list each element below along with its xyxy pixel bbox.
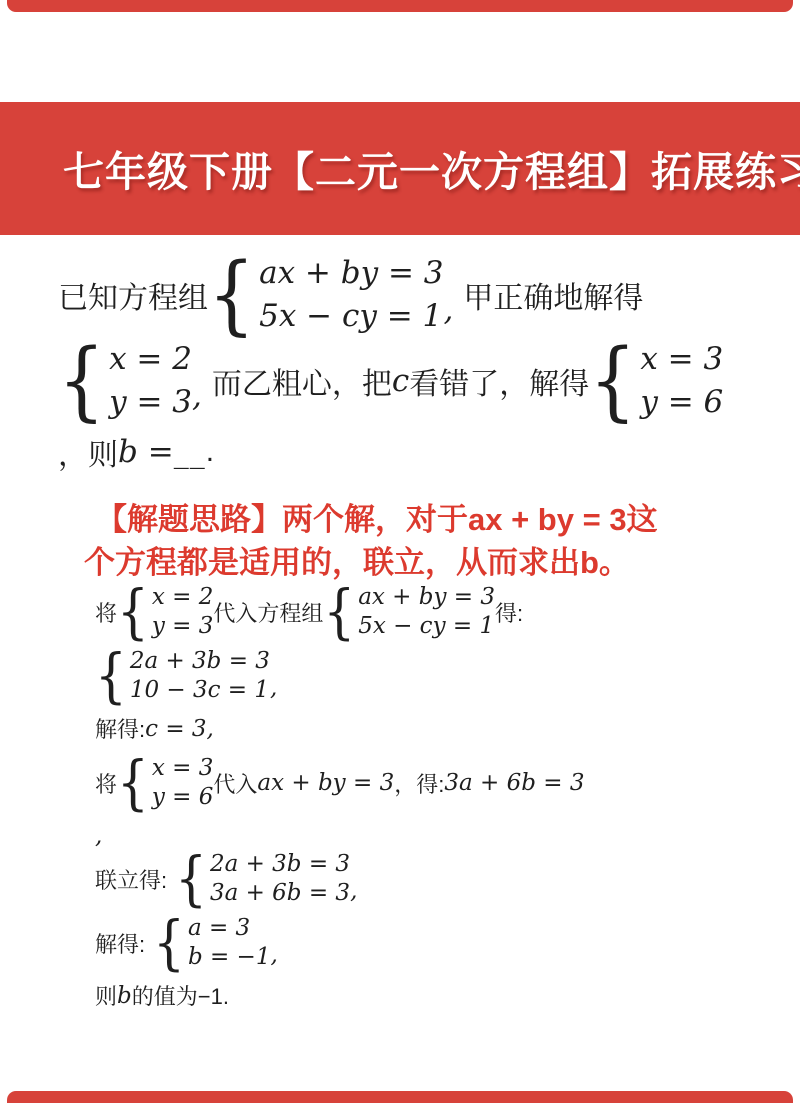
problem-intro-text: 已知方程组	[58, 273, 208, 317]
step4-system: { x = 3 y = 6	[117, 754, 213, 812]
step1-system-b: { ax + by = 3 5x − cy = 1	[323, 583, 495, 641]
step1-system-a: { x = 2 y = 3	[117, 583, 213, 641]
worked-solution: 将 { x = 2 y = 3 代入方程组 { ax + by = 3 5x −…	[95, 583, 755, 1011]
left-brace: {	[323, 583, 355, 642]
equation-line: y = 6	[640, 381, 723, 424]
equation-line: x = 2	[152, 583, 214, 612]
left-brace: {	[58, 338, 105, 424]
hint-line-1: 【解题思路】两个解，对于ax + by = 3这	[84, 498, 764, 541]
conclusion-pre: 则	[95, 980, 117, 1011]
step4-equation: ax + by = 3	[257, 770, 394, 796]
step1-mid: 代入方程组	[213, 597, 323, 628]
equation-line: y = 3	[109, 381, 192, 424]
left-brace: {	[589, 338, 636, 424]
conclusion-post: 的值为−1.	[132, 980, 229, 1011]
equation-line: x = 3	[640, 338, 723, 381]
step3-result: c = 3,	[145, 716, 214, 742]
equation-line: y = 3	[152, 612, 214, 641]
step7-system: { a = 3 b = −1	[153, 914, 270, 972]
equation-line: 3a + 6b = 3	[210, 879, 350, 908]
equation-line: 10 − 3c = 1	[130, 676, 270, 705]
page-title: 七年级下册【二元一次方程组】拓展练习	[0, 139, 800, 198]
comma: ,	[350, 878, 357, 908]
conclusion-var: b	[117, 983, 132, 1009]
left-brace: {	[95, 647, 127, 706]
solution-step-3: 解得: c = 3,	[95, 713, 755, 744]
step2-system: { 2a + 3b = 3 10 − 3c = 1	[95, 647, 270, 705]
comma: ,	[270, 942, 277, 972]
equation-system-given: { ax + by = 3 5x − cy = 1	[208, 252, 444, 338]
equation-line: b = −1	[188, 943, 271, 972]
solution-step-7: 解得: { a = 3 b = −1 ,	[95, 914, 755, 972]
step4-mid: 代入	[213, 768, 257, 799]
left-brace: {	[117, 583, 149, 642]
equation-line: x = 3	[152, 754, 214, 783]
top-card-edge	[7, 0, 793, 12]
left-brace: {	[117, 754, 149, 813]
step4-result: 3a + 6b = 3	[444, 770, 584, 796]
solution-step-1: 将 { x = 2 y = 3 代入方程组 { ax + by = 3 5x −…	[95, 583, 755, 641]
equation-line: 5x − cy = 1	[259, 295, 443, 338]
comma: ,	[444, 292, 454, 338]
equation-system-jia-solution: { x = 2 y = 3	[58, 338, 192, 424]
equation-line: x = 2	[109, 338, 192, 381]
step6-system: { 2a + 3b = 3 3a + 6b = 3	[175, 850, 350, 908]
step4-pre: 将	[95, 768, 117, 799]
solution-step-2: { 2a + 3b = 3 10 − 3c = 1 ,	[95, 647, 755, 705]
solution-conclusion: 则 b 的值为−1.	[95, 980, 755, 1011]
problem-line-3: ，则 b = __ .	[58, 430, 768, 474]
bottom-card-edge	[7, 1091, 793, 1103]
equation-line: ax + by = 3	[259, 252, 443, 295]
solution-hint: 【解题思路】两个解，对于ax + by = 3这 个方程都是适用的，联立，从而求…	[84, 498, 764, 584]
variable-c: c	[392, 363, 409, 399]
equation-line: a = 3	[188, 914, 271, 943]
left-brace: {	[153, 914, 185, 973]
answer-blank: __	[174, 435, 206, 470]
question-math: b =	[118, 434, 174, 470]
step3-label: 解得:	[95, 713, 145, 744]
problem-line-2: { x = 2 y = 3 , 而乙粗心，把 c 看错了，解得 { x = 3 …	[58, 338, 768, 424]
step1-suffix: 得:	[495, 597, 523, 628]
comma: ,	[192, 378, 202, 424]
step6-label: 联立得:	[95, 864, 167, 895]
question-pre-text: ，则	[58, 430, 118, 474]
problem-statement: 已知方程组 { ax + by = 3 5x − cy = 1 , 甲正确地解得…	[58, 252, 768, 474]
step4-mid-2: ，得:	[394, 768, 444, 799]
problem-after-text: 甲正确地解得	[463, 273, 643, 317]
period: .	[206, 435, 214, 469]
problem-line-1: 已知方程组 { ax + by = 3 5x − cy = 1 , 甲正确地解得	[58, 252, 768, 338]
solution-step-4: 将 { x = 3 y = 6 代入 ax + by = 3 ，得: 3a + …	[95, 754, 755, 812]
equation-line: ax + by = 3	[358, 583, 495, 612]
left-brace: {	[175, 850, 207, 909]
equation-line: y = 6	[152, 783, 214, 812]
problem-mid-text-2: 看错了，解得	[409, 359, 589, 403]
step1-pre: 将	[95, 597, 117, 628]
equation-line: 2a + 3b = 3	[210, 850, 350, 879]
step7-label: 解得:	[95, 928, 145, 959]
comma: ,	[270, 675, 277, 705]
hint-line-2: 个方程都是适用的，联立，从而求出b。	[84, 541, 764, 584]
equation-line: 5x − cy = 1	[358, 612, 495, 641]
equation-line: 2a + 3b = 3	[130, 647, 270, 676]
title-banner: 七年级下册【二元一次方程组】拓展练习	[0, 102, 800, 235]
problem-mid-text: 而乙粗心，把	[212, 359, 392, 403]
equation-system-yi-solution: { x = 3 y = 6	[589, 338, 723, 424]
left-brace: {	[208, 252, 255, 338]
solution-step-6: 联立得: { 2a + 3b = 3 3a + 6b = 3 ,	[95, 850, 755, 908]
comma: ,	[95, 824, 102, 848]
